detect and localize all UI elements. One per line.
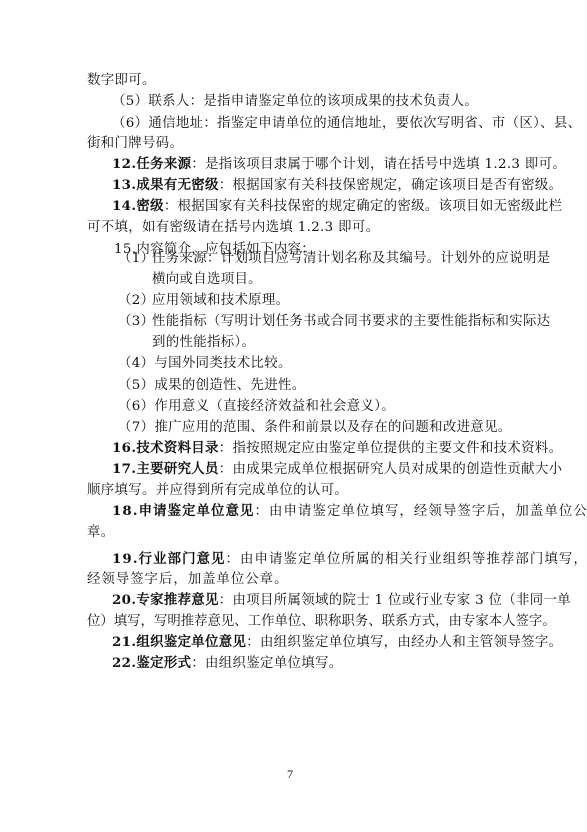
subitem-number: （1） [118, 251, 154, 266]
item-18-applicant-opinion: 18.申请鉴定单位意见：由申请鉴定单位填写，经领导签字后，加盖单位公 [112, 501, 501, 522]
subitem-number: （3） [118, 314, 154, 329]
item-label: 21.组织鉴定单位意见 [112, 634, 246, 650]
subitem-6: （6）作用意义（直接经济效益和社会意义）。 [118, 396, 501, 417]
subitem-2-text: 应用领域和技术原理。 [152, 290, 501, 311]
subitem-3-cont: 到的性能指标）。 [152, 332, 501, 353]
subitem-5: （5）成果的创造性、先进性。 [118, 375, 501, 396]
item-label: 22.鉴定形式 [112, 655, 191, 671]
item-label: 17.主要研究人员 [112, 461, 219, 477]
page-number: 7 [287, 767, 293, 782]
paragraph-line: 章。 [87, 522, 501, 543]
item-14-classification-level: 14.密级：根据国家有关科技保密的规定确定的密级。该项目如无密级此栏 [112, 196, 501, 217]
item-17-main-researchers: 17.主要研究人员：由成果完成单位根据研究人员对成果的创造性贡献大小 [112, 459, 501, 480]
paragraph-line: 数字即可。 [87, 70, 501, 91]
paragraph-line: 可不填，如有密级请在括号内选填 1.2.3 即可。 [87, 217, 501, 238]
item-16-technical-docs: 16.技术资料目录：指按照规定应由鉴定单位提供的主要文件和技术资料。 [112, 438, 501, 459]
item-label: 12.任务来源 [112, 156, 191, 172]
item-12-task-source: 12.任务来源：是指该项目隶属于哪个计划，请在括号中选填 1.2.3 即可。 [112, 154, 501, 175]
item-label: 19.行业部门意见 [112, 551, 226, 567]
document-page: 数字即可。 （5）联系人：是指申请鉴定单位的该项成果的技术负责人。 （6）通信地… [0, 0, 587, 832]
item-20-expert-recommendation: 20.专家推荐意见：由项目所属领域的院士 1 位或行业专家 3 位（非同一单 [112, 590, 501, 611]
item-21-organizer-opinion: 21.组织鉴定单位意见：由组织鉴定单位填写，由经办人和主管领导签字。 [112, 632, 501, 653]
paragraph-address: （6）通信地址：指鉴定申请单位的通信地址，要依次写明省、市（区）、县、 [112, 113, 501, 134]
item-label: 13.成果有无密级 [112, 177, 219, 193]
paragraph-line: 经领导签字后，加盖单位公章。 [87, 569, 501, 590]
subitem-1-cont: 横向或自选项目。 [152, 269, 501, 290]
item-19-industry-opinion: 19.行业部门意见：由申请鉴定单位所属的相关行业组织等推荐部门填写， [112, 549, 501, 570]
subitem-4: （4）与国外同类技术比较。 [118, 353, 501, 374]
subitem-7: （7）推广应用的范围、条件和前景以及存在的问题和改进意见。 [118, 417, 501, 438]
item-label: 18.申请鉴定单位意见 [112, 503, 255, 519]
item-13-classification-status: 13.成果有无密级：根据国家有关科技保密规定，确定该项目是否有密级。 [112, 175, 501, 196]
paragraph-line: 位）填写，写明推荐意见、工作单位、职称职务、联系方式，由专家本人签字。 [87, 611, 501, 632]
paragraph-line: 顺序填写。并应得到所有完成单位的认可。 [87, 480, 501, 501]
item-22-appraisal-form: 22.鉴定形式：由组织鉴定单位填写。 [112, 653, 501, 674]
subitem-3-text: 性能指标（写明计划任务书或合同书要求的主要性能指标和实际达 [152, 311, 501, 332]
item-label: 20.专家推荐意见 [112, 592, 219, 608]
paragraph-contact: （5）联系人：是指申请鉴定单位的该项成果的技术负责人。 [112, 91, 501, 112]
subitem-number: （2） [118, 293, 154, 308]
item-label: 14.密级 [112, 198, 164, 214]
item-label: 16.技术资料目录 [112, 440, 219, 456]
subitem-1-text: 任务来源：计划项目应写清计划名称及其编号。计划外的应说明是 [152, 248, 501, 269]
paragraph-line: 街和门牌号码。 [87, 133, 501, 154]
